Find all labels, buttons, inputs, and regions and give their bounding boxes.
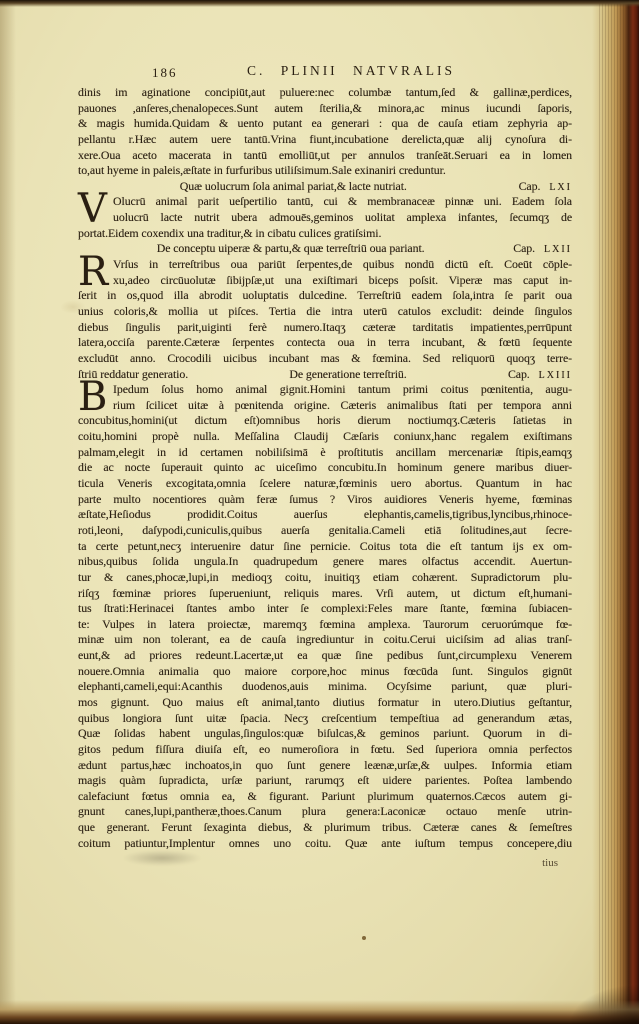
text-line: ædunt partus,hæc inchoatos,in quo ſunt g…	[78, 758, 572, 774]
text-line: minæ uim non tolerant, ea de cauſa ingre…	[78, 632, 572, 648]
text-line: excludūt anno. Crocodili uicibus incuban…	[78, 351, 572, 367]
chapter-title: De generatione terreſtriū.	[198, 367, 498, 383]
text-line: ticula Veneris excogitata,omnia ſcelere …	[78, 476, 572, 492]
cap-abbreviation: Cap.	[513, 241, 535, 255]
page-header: 186 C. PLINII NATVRALIS	[78, 62, 572, 80]
text-line: mos gignunt. Quo maius eſt animal,tanto …	[78, 695, 572, 711]
text-line: gnunt canes,lupi,pantheræ,thoes.Canum pl…	[78, 804, 572, 820]
text-line: gitos pedum fiſſura diuiſa eſt, eo numer…	[78, 742, 572, 758]
text-line: eunt,& ad priores redeunt.Lacertæ,ut ea …	[78, 648, 572, 664]
text-line: te: Vulpes in latera proiectæ, maremqʒ f…	[78, 617, 572, 633]
text-line: riſqʒ fœminæ priores ſuperueniunt, reliq…	[78, 586, 572, 602]
text-line: to,aut hyeme in paleis,æſtate in furfuri…	[78, 163, 572, 179]
text-line: tur & canes,phocæ,lupi,in medioqʒ coitu,…	[78, 570, 572, 586]
dropcap-paragraph-start: VOlucrū animal parit ueſpertilio tantū, …	[78, 194, 572, 225]
fox-spot	[362, 936, 366, 940]
text-line: coitum patiuntur,Implentur omnes uno coi…	[78, 836, 572, 852]
chapter-heading-row: De conceptu uiperæ & partu,& quæ terreſt…	[78, 241, 572, 257]
text-line: unius coloris,& mollia ut piſces. Tertia…	[78, 304, 572, 320]
text-line: pauones ,anſeres,chenalopeces.Sunt autem…	[78, 101, 572, 117]
chapter-number: Cap.LXI	[519, 179, 572, 195]
cap-roman-numeral: LXI	[549, 182, 572, 193]
text-line: diebus ſingulis parit,uiginti ferè numer…	[78, 320, 572, 336]
chapter-title: Quæ uolucrum ſola animal pariat,& lacte …	[78, 179, 509, 195]
page-edge-top	[0, 0, 639, 7]
text-line: parte multo nocentiores quàm feræ ſumus …	[78, 492, 572, 508]
cap-roman-numeral: LXIII	[539, 370, 572, 381]
dropcap-paragraph-start: RVrſus in terreſtribus oua pariūt ſerpen…	[78, 257, 572, 288]
cap-roman-numeral: LXII	[544, 244, 572, 255]
dropcap-paragraph-start: BIpedum ſolus homo animal gignit.Homini …	[78, 382, 572, 413]
page-stack-streaks	[599, 0, 625, 1024]
text-line: Quæ ſolidas habent ungulas,ſingulos:quæ …	[78, 726, 572, 742]
text-line: coitu,homini propè nulla. Meſſalina Clau…	[78, 429, 572, 445]
text-line: portat.Eidem coxendix una traditur,& in …	[78, 226, 572, 242]
dropcap-letter: V	[78, 194, 107, 224]
text-line: Olucrū animal parit ueſpertilio tantū, c…	[113, 194, 572, 210]
chapter-number: Cap.LXIII	[508, 367, 572, 383]
text-line: tus ſtrati:Herinacei ſtantes ambo inter …	[78, 601, 572, 617]
page-edge-left	[0, 0, 16, 1024]
text-line: æſtate,Heſiodus prodidit.Coitus auerſus …	[78, 507, 572, 523]
chapter-number: Cap.LXII	[513, 241, 572, 257]
text-line: ſerit in os,quod illa abrodit uoluptatis…	[78, 288, 572, 304]
text-line: magis quàm ſupradicta, urſæ pariunt, rar…	[78, 773, 572, 789]
text-line: Vrſus in terreſtribus oua pariūt ſerpent…	[113, 257, 572, 273]
page-edge-bottom	[0, 1000, 639, 1024]
text-line: nibus,quibus ſolida ungula.In quadrupedu…	[78, 554, 572, 570]
catchword: tius	[78, 857, 558, 869]
cap-abbreviation: Cap.	[508, 367, 530, 381]
text-line: pellantu r.Hæc autem uere tantū.Vrina fi…	[78, 132, 572, 148]
text-line: & magis humida.Quidam & uento putant ea …	[78, 116, 572, 132]
chapter-heading-row: ſtriū reddatur generatio.De generatione …	[78, 367, 572, 383]
text-line: nouere.Omnia animalia quo maiore corpore…	[78, 664, 572, 680]
text-line: palmam,elegit in id certamen nobiliſsimā…	[78, 445, 572, 461]
text-line: roti,leoni, daſypodi,cuniculis,quibus au…	[78, 523, 572, 539]
chapter-title: De conceptu uiperæ & partu,& quæ terreſt…	[78, 241, 503, 257]
text-line: quibus longiora ſunt uitæ ſpacia. Necʒ c…	[78, 711, 572, 727]
page-corner-shadow	[569, 984, 639, 1024]
text-line: xere.Oua aceto macerata in tantū emolliū…	[78, 148, 572, 164]
text-line: latera,occiſa parente.Cæteræ ſerpentes c…	[78, 335, 572, 351]
text-line: calefaciunt fœtus omnia ea, & figurant. …	[78, 789, 572, 805]
book-page-scan: 186 C. PLINII NATVRALIS dinis im aginati…	[0, 0, 639, 1024]
text-line: concubitus,homini(ut dictum eſt)omnibus …	[78, 413, 572, 429]
text-line: rium ſcilicet uitæ à pœnitenda origine. …	[113, 398, 572, 414]
text-line: elephanti,cameli,equi:Acanthis duodenos,…	[78, 679, 572, 695]
text-line: xu,adeo circūuolutæ ſibijpſæ,ut una exiſ…	[113, 273, 572, 289]
text-line: die ac nocte ſuperauit quinto ac uiceſim…	[78, 460, 572, 476]
dropcap-letter: R	[78, 257, 108, 287]
cap-abbreviation: Cap.	[519, 179, 541, 193]
text-block: dinis im aginatione concipiūt,aut puluer…	[78, 85, 572, 851]
text-line: Ipedum ſolus homo animal gignit.Homini t…	[113, 382, 572, 398]
chapter-heading-row: Quæ uolucrum ſola animal pariat,& lacte …	[78, 179, 572, 195]
text-line: dinis im aginatione concipiūt,aut puluer…	[78, 85, 572, 101]
running-title: C. PLINII NATVRALIS	[104, 63, 598, 79]
dropcap-letter: B	[78, 382, 107, 412]
text-line: que generant. Ferunt ſexaginta diebus, &…	[78, 820, 572, 836]
text-line: ta certe petunt,necʒ interuenire datur ſ…	[78, 539, 572, 555]
text-line: uolucrū lacte nutrit ubera admouēs,gemin…	[113, 210, 572, 226]
